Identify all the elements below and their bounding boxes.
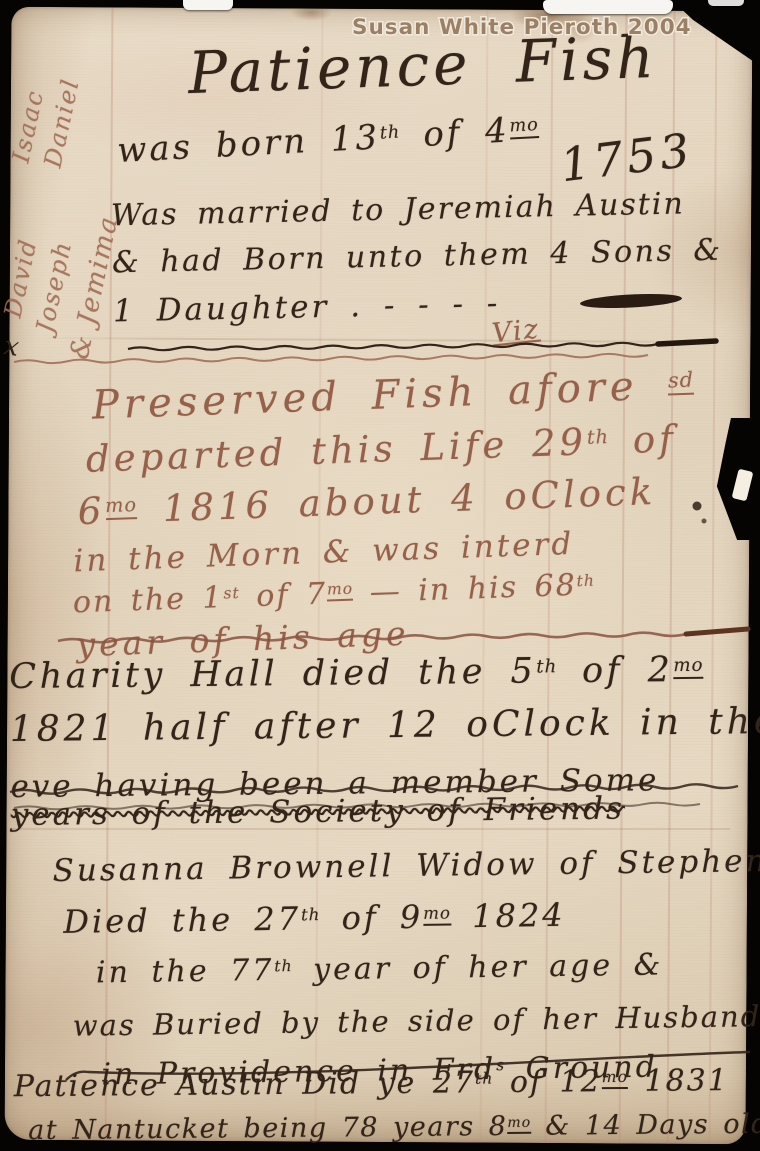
handwritten-line: 1821 half after 12 oClock in the (10, 698, 760, 755)
superscript: th (379, 123, 401, 144)
marriage-record: Was married to Jeremiah Austin& had Born… (111, 184, 724, 334)
handwritten-line: at Nantucket being 78 years 8mo & 14 Day… (28, 1106, 760, 1149)
superscript: mo (673, 655, 703, 679)
superscript: mo (602, 1068, 628, 1089)
handwritten-line: & had Born unto them 4 Sons & (112, 230, 723, 283)
superscript: th (301, 905, 321, 924)
preserved-fish-death-record: Preserved Fish afore sddeparted this Lif… (91, 358, 703, 668)
mount-tab (183, 0, 233, 10)
handwritten-line: Died the 27th of 9mo 1824 (63, 891, 760, 944)
paper-crease (39, 337, 719, 343)
mount-tab (543, 0, 673, 14)
superscript: mo (105, 493, 138, 520)
superscript: mo (509, 115, 540, 140)
watermark: Susan White Pieroth 2004 (352, 15, 692, 40)
handwritten-line: Charity Hall died the 5th of 2mo (9, 646, 760, 701)
handwritten-line: in the 77th year of her age & (96, 944, 760, 994)
superscript: mo (327, 580, 354, 602)
susanna-brownell-death-record: Susanna Brownell Widow of StephenDied th… (52, 841, 760, 1096)
superscript: th (576, 571, 595, 590)
scanned-manuscript: { "watermark": { "text": "Susan White Pi… (0, 0, 760, 1151)
superscript: sd (668, 367, 695, 395)
superscript: mo (423, 903, 451, 925)
superscript: st (223, 584, 240, 603)
superscript: th (586, 425, 609, 449)
superscript: mo (507, 1115, 531, 1134)
superscript: th (475, 1070, 493, 1088)
superscript: th (274, 957, 293, 975)
handwritten-line: Patience Austin Did ye 27th of 12mo 1831 (14, 1061, 760, 1108)
viz-note: Viz (490, 312, 541, 353)
handwritten-line: was Buried by the side of her Husband (72, 997, 760, 1046)
handwritten-line: Viz (490, 312, 541, 353)
mount-tab (708, 0, 744, 6)
superscript: th (536, 656, 557, 677)
patience-austin-death-record: Patience Austin Did ye 27th of 12mo 1831… (14, 1061, 760, 1150)
charity-hall-death-record: Charity Hall died the 5th of 2mo1821 hal… (9, 646, 760, 837)
handwritten-line: Susanna Brownell Widow of Stephen (52, 841, 760, 893)
